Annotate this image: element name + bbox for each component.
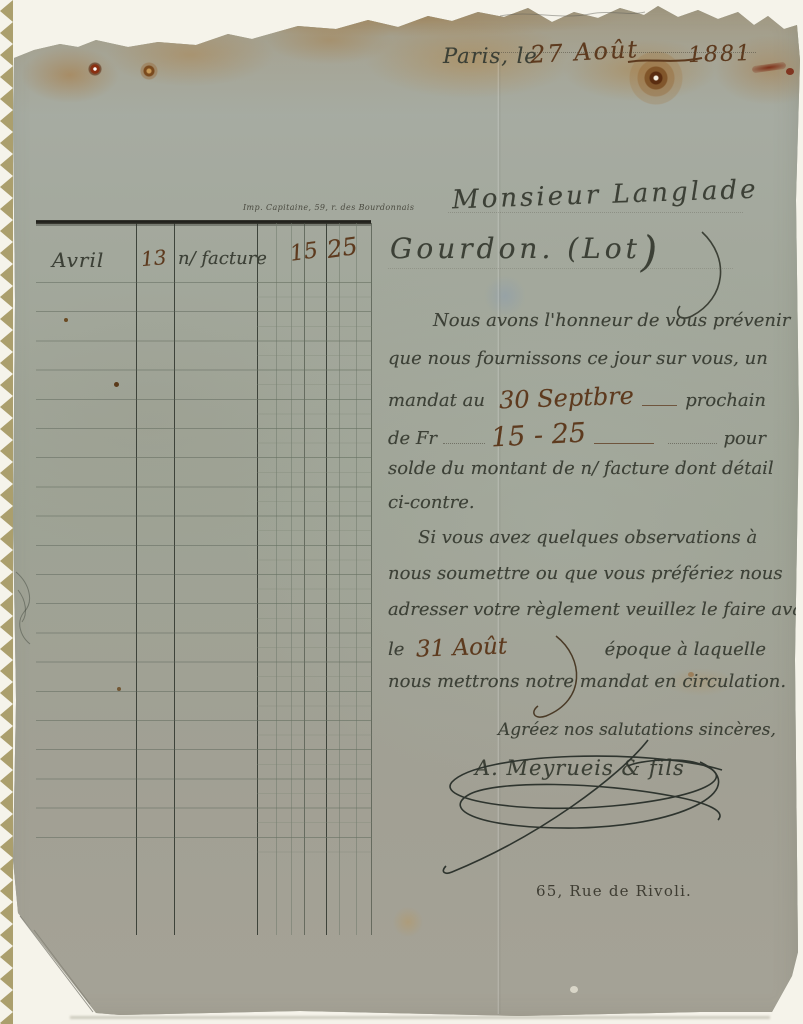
folded-corner-flap	[15, 916, 95, 1013]
body-line: que nous fournissons ce jour sur vous, u…	[388, 348, 768, 369]
body-line: solde du montant de n/ facture dont déta…	[388, 458, 774, 479]
body-line: Nous avons l'honneur de vous prévenir	[433, 310, 790, 331]
recipient-dotted-rule2	[388, 268, 733, 269]
closing-salutation: Agréez nos salutations sincères,	[498, 720, 776, 740]
body-segment: le	[388, 639, 404, 660]
ledger-amount-centimes: 25	[325, 232, 359, 264]
body-segment: époque à laquelle	[605, 639, 766, 660]
dotted-filler	[443, 443, 485, 444]
dotted-filler	[668, 443, 717, 444]
company-address: 65, Rue de Rivoli.	[536, 882, 692, 900]
recipient-dotted-rule	[448, 212, 743, 213]
burn-hole-small-left	[87, 61, 103, 77]
red-ink-smear	[752, 62, 787, 74]
body-line: nous soumettre ou que vous préfériez nou…	[388, 563, 783, 584]
ledger-top-rule	[36, 220, 371, 224]
burn-spot-left	[140, 62, 158, 80]
paper-sheet: Paris, le 27 Août 1881 Imp. Capitaine, 5…	[0, 0, 803, 1024]
dateline-year: 1881	[688, 41, 753, 68]
scan-shadow	[70, 1016, 770, 1019]
dateline-place: Paris, le	[443, 44, 538, 68]
body-segment: mandat au	[388, 390, 485, 411]
body-line: ci-contre.	[388, 492, 475, 513]
body-line: adresser votre règlement veuillez le fai…	[388, 599, 803, 620]
ledger-amount-francs: 15	[288, 238, 319, 267]
body-line-mandat: mandat au 30 Septbre prochain	[388, 384, 766, 413]
ledger-description: n/ facture	[178, 248, 267, 269]
amount-value: 15 - 25	[490, 418, 587, 454]
scanned-letter-page: Paris, le 27 Août 1881 Imp. Capitaine, 5…	[0, 0, 803, 1024]
recipient-location: Gourdon. (Lot	[390, 232, 641, 265]
body-segment: pour	[723, 428, 766, 449]
dateline-dotted-rule	[466, 52, 756, 53]
body-segment: de Fr	[388, 428, 437, 449]
body-line-deadline: le 31 Août époque à laquelle	[388, 635, 766, 661]
signatory-name: A. Meyrueis & fils	[475, 756, 685, 780]
deckled-edge-strip	[0, 0, 14, 1024]
body-segment: prochain	[685, 390, 766, 411]
red-ink-dot	[786, 68, 794, 75]
paper-chip	[570, 986, 578, 993]
printer-imprint: Imp. Capitaine, 59, r. des Bourdonnais	[243, 203, 414, 212]
body-line-amount: de Fr 15 - 25 pour	[388, 420, 766, 451]
ink-dash-filler	[642, 405, 677, 406]
ledger-fine-grid	[257, 282, 372, 864]
body-line: nous mettrons notre mandat en circulatio…	[388, 671, 786, 692]
body-line: Si vous avez quelques observations à	[418, 527, 757, 548]
deckled-edge-pattern	[0, 0, 13, 1024]
deadline-value: 31 Août	[416, 633, 508, 662]
ledger-month: Avril	[52, 248, 104, 272]
ledger-day: 13	[140, 245, 167, 271]
due-date-value: 30 Septbre	[498, 382, 634, 415]
ink-dash-filler	[594, 443, 654, 444]
